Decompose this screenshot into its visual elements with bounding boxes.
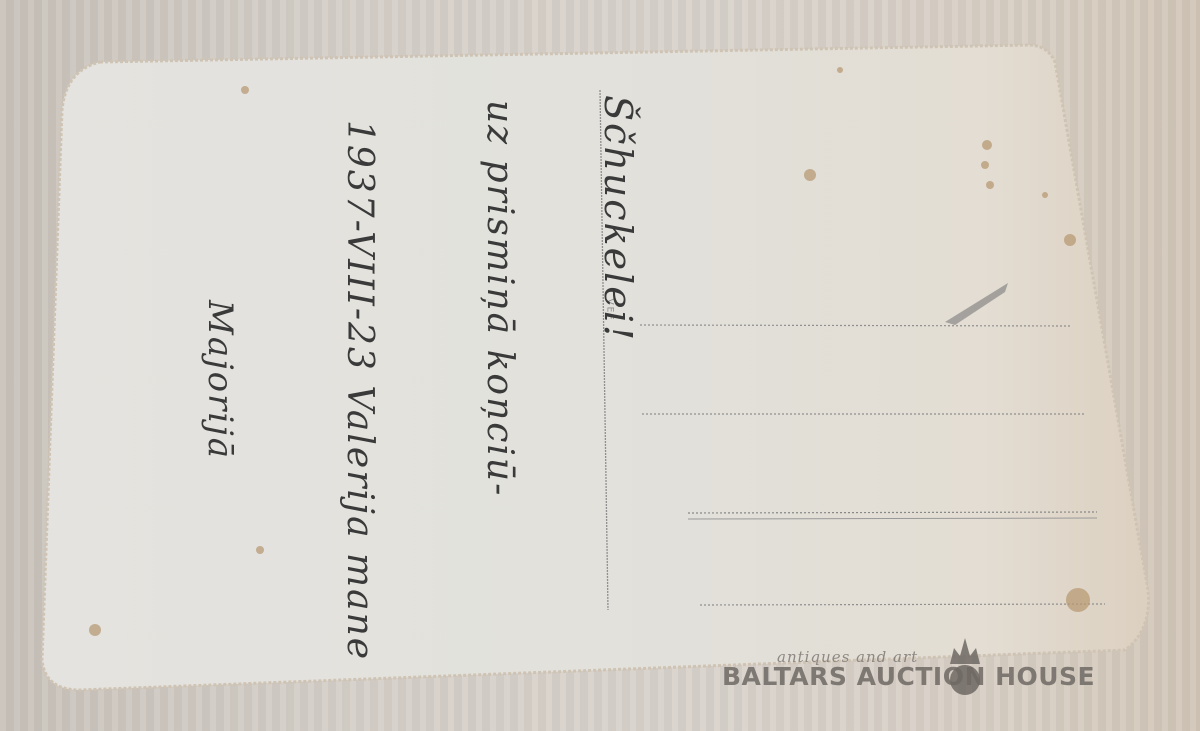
handwriting-line-3: 1937-VIII-23 Valerija mane [339, 120, 380, 661]
handwriting-line-2: uz prismiņā koņciū- [479, 100, 520, 497]
watermark: antiques and art BALTARS AUCTION HOUSE [722, 648, 1122, 691]
watermark-name: BALTARS AUCTION HOUSE [722, 662, 1122, 691]
handwriting-line-4: Majorijā [200, 300, 240, 460]
handwritten-message: Ščhuckelei! uz prismiņā koņciū- 1937-VII… [0, 0, 1200, 731]
handwriting-line-1: Ščhuckelei! [596, 95, 640, 342]
